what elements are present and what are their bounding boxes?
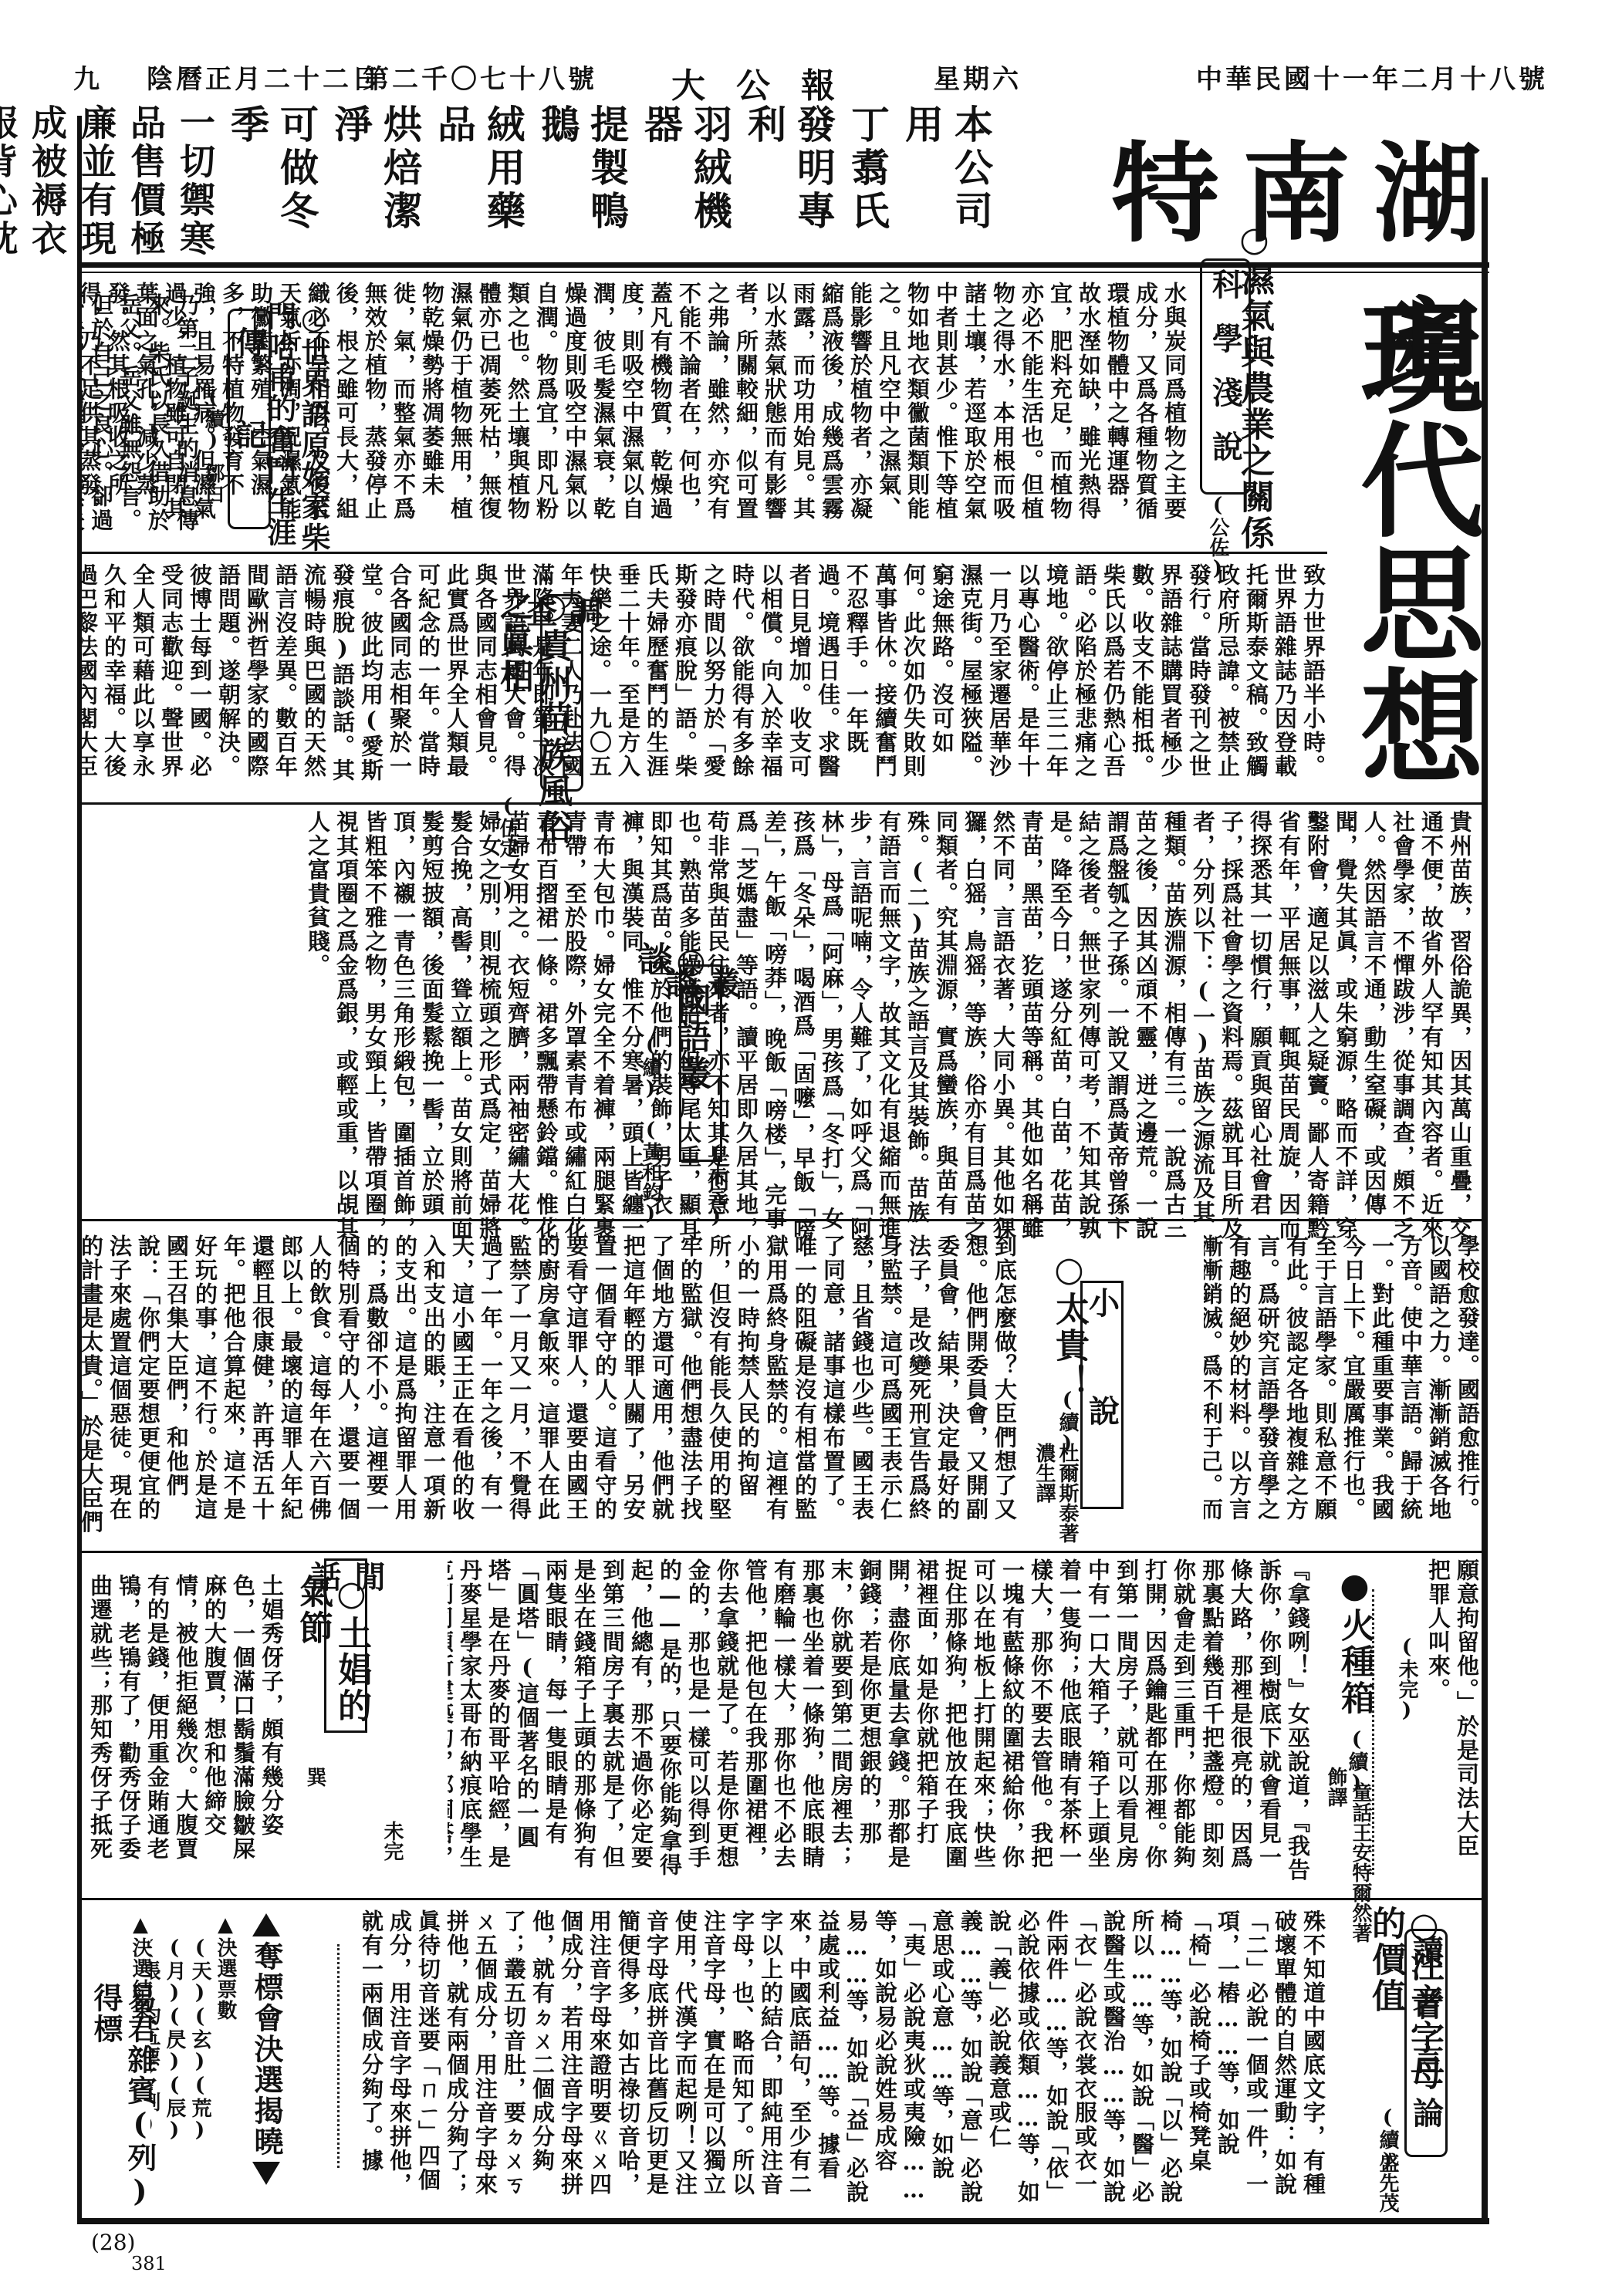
ad-column: 發明專利 <box>739 104 838 258</box>
guoyu-cont: (續) <box>637 1034 665 1100</box>
page-border-bottom <box>77 2218 1489 2224</box>
triangle-bullet-icon: ▲ <box>214 1913 237 1937</box>
guoyu-author: (黃和鈞) <box>637 1119 665 1225</box>
miao-body: 貴州苗族，習俗詭異，因其萬山重疊，交通不便，故省外人罕有知其內容者。近來社會學家… <box>77 810 1474 1242</box>
taigui-author-2: 濃生譯 <box>1030 1443 1059 1503</box>
ad-column: 提製鴨鵝 <box>532 104 631 258</box>
rule-zamenhof-bottom <box>77 802 1482 805</box>
ad-column: 本公司用 <box>897 104 995 258</box>
triangle-up-icon <box>252 1913 280 1936</box>
rule-miao-bottom <box>77 1219 1482 1221</box>
firebox-author-2: 飾譯 <box>1322 1767 1350 1807</box>
firebox-end-note: 未完 <box>378 1821 407 1861</box>
ad-column: 烘焙潔淨 <box>326 104 424 258</box>
ad-column: 廉並有現 <box>74 104 119 258</box>
zamenhof-body-left: 乃第二子誕生的消息傳來。柴氏以長久借助於岳父。岳父雖無怨言。但於自己之良心。卻過… <box>77 293 201 548</box>
taigui-body: 到底怎麼做？大臣們想了又想。他們開委員會，又開副委員會，結果，決定最好的法子，是… <box>77 1234 1019 1543</box>
taigui-title: ○太貴！ <box>1049 1250 1088 1404</box>
ad-column: 成被褥衣 <box>25 104 69 258</box>
firebox-pre-note: (未完) <box>1393 1636 1421 1722</box>
zamenhof-body-right: 致力世界語半小時。世界語雜誌乃因登載托爾斯泰文稿。致觸政府所忌諱。被禁止發行。當… <box>77 563 1327 795</box>
tuchang-author: 巽 <box>301 1767 329 1787</box>
reader-author: 盛先茂 <box>1374 2152 1402 2213</box>
masthead-issue: 第二千〇七十八號 <box>363 58 597 96</box>
footer-page-marker: (28) <box>91 2230 135 2255</box>
science-title: ○濕氣與農業之關係 <box>1235 220 1273 559</box>
rule-firebox-bottom <box>77 1898 1482 1900</box>
firebox-title: ●火種箱 <box>1335 1566 1374 1720</box>
duobiao-box: 奪標會決選揭曉 <box>247 1913 286 2191</box>
ad-column: 絨用藥品 <box>429 104 528 258</box>
masthead-lunar-date: 陰曆正月二十二日 <box>147 58 381 96</box>
firebox-body: 『拿錢咧！』女巫說道，『我告訴你，你到樹底下就會看見一條大路，那裡是很亮的，因爲… <box>448 1558 1312 1882</box>
masthead: 中華民國十一年二月十八號 星期六 大公報 第二千〇七十八號 陰曆正月二十二日 九 <box>0 58 1622 96</box>
zamenhof-cont: (續) <box>199 386 228 452</box>
triangle-bullet-icon: ▲ <box>129 1913 152 1937</box>
firebox-pre-line: 願意拘留他。」於是司法大臣把罪人叫來。 <box>1424 1558 1481 1867</box>
ad-column: 丁翥氏 <box>843 104 892 258</box>
triangle-down-icon <box>252 2162 280 2185</box>
ad-column: 服背心枕 <box>0 104 20 258</box>
tuchang-title: ○土娼的氣節 <box>293 1574 370 1728</box>
masthead-paper-name: 大公報 <box>671 58 866 107</box>
masthead-date: 中華民國十一年二月十八號 <box>1196 58 1548 96</box>
reader-body-bottom: 殊不知道中國底文字，有種破壞單體的自然運動：如說「二」必說一個或一件，一項，一樁… <box>363 1909 1327 2210</box>
duobiao-title: 奪標會決選揭曉 <box>249 1941 283 2157</box>
reader-body-top: 學校愈發達。國語愈推行。以國語之力。漸漸銷滅各地方音。使中華言語。歸于統一。對此… <box>1204 1234 1482 1543</box>
ad-column: 一切禦寒 <box>173 104 218 258</box>
duobiao-item-1-label-text: 決選票數 <box>214 1937 237 2021</box>
duobiao-item-1-text: (天)(玄)(荒)(月)(昃)(辰)(張)均五票(列)(黃)(宇)(宙)(洪)(… <box>150 1936 212 2191</box>
ad-rule-thin <box>77 272 1489 273</box>
zamenhof-title: ○世界語原始家柴門哈甫的奮鬥生涯 <box>262 301 330 563</box>
ad-column-group: 本公司用丁翥氏發明專利羽絨機器提製鴨鵝絨用藥品烘焙潔淨可做冬季一切禦寒品售價極廉… <box>77 104 995 258</box>
ad-rule <box>77 262 1489 268</box>
footer-page-number: 381 <box>131 2253 167 2274</box>
ad-column: 羽絨機器 <box>636 104 735 258</box>
masthead-weekday: 星期六 <box>934 58 1022 96</box>
ad-column: 可做冬季 <box>222 104 321 258</box>
reader-title: ○注音字母的價值 <box>1366 1906 1443 2106</box>
tuchang-body: 土娼秀伢子，頗有幾分姿色，一個滿口鬍鬚滿臉皺屎麻的大腹賈，想和他締交情，被他拒絕… <box>85 1574 286 1882</box>
rule-novel-bottom <box>77 1551 1482 1553</box>
duobiao-result: 易君雜賓(列)得標 <box>89 1983 157 2214</box>
zamenhof-author: 鄒白 <box>199 463 228 503</box>
ad-column: 品售價極 <box>123 104 168 258</box>
duobiao-wavy-divider <box>337 1944 344 2168</box>
masthead-page-no: 九 <box>73 58 103 96</box>
duobiao-item-1-label: ▲決選票數 <box>212 1913 238 2021</box>
